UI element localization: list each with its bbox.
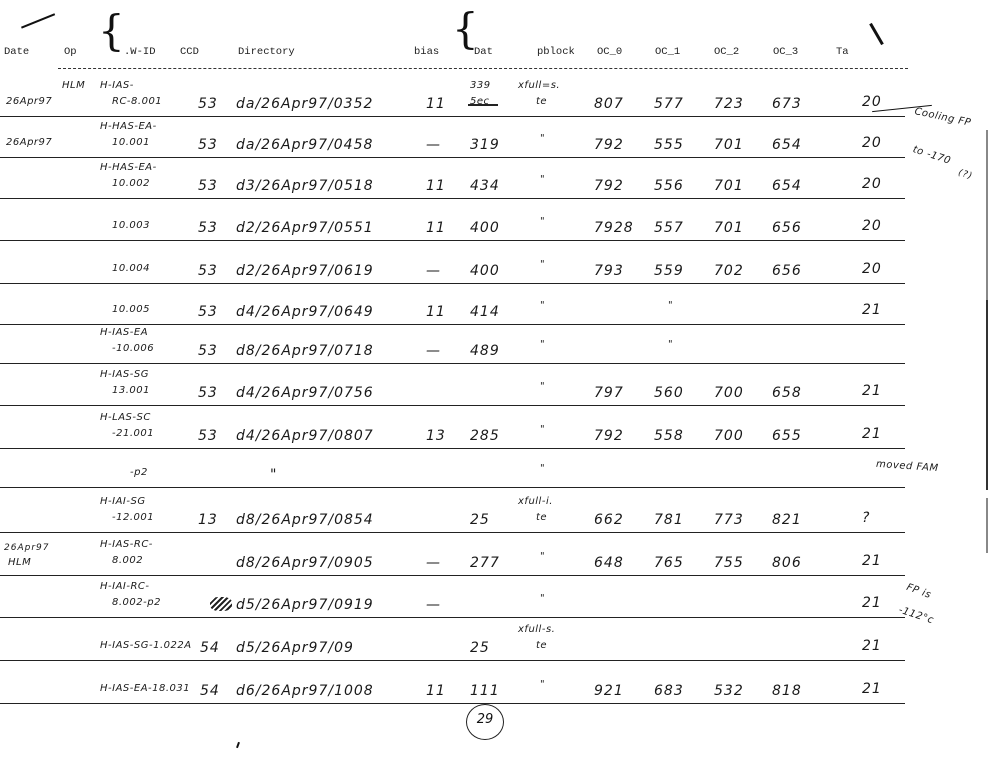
- dark-cell: 400: [470, 263, 500, 279]
- header-oc0: OC_0: [597, 46, 622, 58]
- page-number: 29: [467, 712, 503, 727]
- oc1-cell: ": [668, 339, 673, 350]
- oc2-cell: 701: [714, 178, 744, 194]
- ta-cell: 20: [862, 218, 882, 234]
- row-rule: [0, 240, 905, 241]
- oc0-cell: 648: [594, 555, 624, 571]
- scan-edge: [986, 300, 988, 490]
- oc1-cell: 577: [654, 96, 684, 112]
- row-rule: [0, 157, 905, 158]
- oc2-cell: 723: [714, 96, 744, 112]
- oc0-cell: 807: [594, 96, 624, 112]
- fp-temp: -112°c: [897, 605, 935, 627]
- dark-cell: 111: [470, 683, 500, 699]
- directory-cell: d8/26Apr97/0905: [236, 555, 374, 571]
- oc0-cell: 793: [594, 263, 624, 279]
- pen-stroke: [21, 13, 55, 28]
- directory-cell: d2/26Apr97/0551: [236, 220, 374, 236]
- oc1-cell: 560: [654, 385, 684, 401]
- bias-cell: 11: [426, 178, 446, 194]
- run-id-line2: H-IAS-SG-1.022A: [100, 640, 192, 651]
- oc2-cell: 700: [714, 428, 744, 444]
- pblock-cell: ": [540, 339, 545, 350]
- ccd-cell: 53: [198, 304, 218, 320]
- row-rule: [0, 575, 905, 576]
- ta-cell: 20: [862, 176, 882, 192]
- oc3-cell: 654: [772, 178, 802, 194]
- scan-edge: [986, 498, 988, 553]
- ccd-cell: 53: [198, 96, 218, 112]
- operator-cell: HLM: [62, 80, 85, 91]
- bias-cell: 11: [426, 304, 446, 320]
- row-rule: [0, 283, 905, 284]
- scan-edge: [986, 130, 988, 300]
- run-id-line2: -10.006: [112, 343, 154, 354]
- directory-cell: d4/26Apr97/0807: [236, 428, 374, 444]
- ta-cell: 21: [862, 302, 882, 318]
- row-rule: [0, 617, 905, 618]
- ccd-cell: 53: [198, 385, 218, 401]
- row-rule: [0, 405, 905, 406]
- dark-cell: 414: [470, 304, 500, 320]
- cooling-note: Cooling FP: [913, 106, 971, 129]
- run-id-line2: 10.002: [112, 178, 150, 189]
- bias-cell: 11: [426, 96, 446, 112]
- pblock-line2: te: [536, 512, 547, 523]
- oc2-cell: 755: [714, 555, 744, 571]
- header-dark: Dat: [474, 46, 493, 58]
- ta-cell: 21: [862, 426, 882, 442]
- pblock-line2: te: [536, 96, 547, 107]
- oc3-cell: 656: [772, 263, 802, 279]
- oc1-cell: 683: [654, 683, 684, 699]
- bias-cell: —: [426, 343, 441, 359]
- ta-cell: 20: [862, 135, 882, 151]
- brace-mark: {: [98, 10, 125, 52]
- ccd-cell: 53: [198, 428, 218, 444]
- header-rule: [58, 68, 908, 69]
- directory-cell: d4/26Apr97/0649: [236, 304, 374, 320]
- cooling-range: to -170: [911, 144, 952, 167]
- date-cell: 26Apr97: [6, 137, 52, 148]
- oc0-cell: 792: [594, 178, 624, 194]
- oc0-cell: 662: [594, 512, 624, 528]
- oc1-cell: 556: [654, 178, 684, 194]
- header-ta: Ta: [836, 46, 849, 58]
- row-rule: [0, 448, 905, 449]
- run-id-line1: H-IAS-: [100, 80, 134, 91]
- row-rule: [0, 324, 905, 325]
- bias-cell: 11: [426, 220, 446, 236]
- directory-cell: da/26Apr97/0352: [236, 96, 373, 112]
- run-id-line1: H-LAS-SC: [100, 412, 151, 423]
- pblock-line1: xfull-s.: [518, 624, 555, 635]
- pblock-cell: ": [540, 259, 545, 270]
- brace-mark: {: [452, 8, 479, 50]
- oc3-cell: 806: [772, 555, 802, 571]
- dark-cell: 285: [470, 428, 500, 444]
- ta-cell: 21: [862, 553, 882, 569]
- run-id-line2: 13.001: [112, 385, 150, 396]
- oc0-cell: 797: [594, 385, 624, 401]
- pblock-cell: ": [540, 133, 545, 144]
- row-rule: [0, 532, 905, 533]
- header-ccd: CCD: [180, 46, 199, 58]
- ccd-cell: 53: [198, 178, 218, 194]
- run-id-line1: H-HAS-EA-: [100, 162, 157, 173]
- oc2-cell: 701: [714, 137, 744, 153]
- directory-cell: d3/26Apr97/0518: [236, 178, 374, 194]
- moved-note: moved FAM: [876, 459, 939, 474]
- run-id-line2: 8.002: [112, 555, 143, 566]
- directory-cell: d5/26Apr97/0919: [236, 597, 374, 613]
- ccd-cell: 53: [198, 263, 218, 279]
- run-id-line1: H-IAS-SG: [100, 369, 149, 380]
- run-id-line2: 10.005: [112, 304, 150, 315]
- dark-cell: 434: [470, 178, 500, 194]
- ccd-cell: 13: [198, 512, 218, 528]
- run-id-line2: H-IAS-EA-18.031: [100, 683, 190, 694]
- pen-stroke: [869, 23, 884, 45]
- run-id-line1: H-IAS-RC-: [100, 539, 153, 550]
- header-directory: Directory: [238, 46, 295, 58]
- bias-cell: —: [426, 555, 441, 571]
- ta-cell: 21: [862, 681, 882, 697]
- oc0-cell: 7928: [594, 220, 634, 236]
- directory-cell: da/26Apr97/0458: [236, 137, 373, 153]
- oc3-cell: 655: [772, 428, 802, 444]
- bias-cell: —: [426, 263, 441, 279]
- fp-note: FP is: [905, 582, 933, 601]
- oc2-cell: 701: [714, 220, 744, 236]
- dark-cell: 25: [470, 512, 490, 528]
- header-date: Date: [4, 46, 29, 58]
- directory-cell: d6/26Apr97/1008: [236, 683, 374, 699]
- run-id-line1: H-HAS-EA-: [100, 121, 157, 132]
- ta-cell: 21: [862, 383, 882, 399]
- oc1-cell: 559: [654, 263, 684, 279]
- run-id-line1: H-IAS-EA: [100, 327, 148, 338]
- cooling-sub: (?): [957, 168, 974, 182]
- pblock-cell: ": [540, 381, 545, 392]
- oc0-cell: 792: [594, 428, 624, 444]
- run-id-line2: -12.001: [112, 512, 154, 523]
- header-bias: bias: [414, 46, 439, 58]
- directory-cell: d4/26Apr97/0756: [236, 385, 374, 401]
- log-page: { { Date Op .W-ID CCD Directory bias Dat…: [0, 0, 990, 764]
- operator-cell: HLM: [8, 557, 31, 568]
- oc1-cell: 555: [654, 137, 684, 153]
- ccd-cell: 54: [200, 640, 220, 656]
- ccd-cell: 54: [200, 683, 220, 699]
- ta-cell: 21: [862, 638, 882, 654]
- dark-cell: 277: [470, 555, 500, 571]
- bias-cell: —: [426, 597, 441, 613]
- directory-cell: d2/26Apr97/0619: [236, 263, 374, 279]
- run-id-line2: RC-8.001: [112, 96, 162, 107]
- oc1-cell: 781: [654, 512, 684, 528]
- run-id-line2: 10.001: [112, 137, 150, 148]
- dark-cell: 400: [470, 220, 500, 236]
- date-cell: 26Apr97: [4, 543, 49, 553]
- oc3-cell: 656: [772, 220, 802, 236]
- ccd-cell: 53: [198, 137, 218, 153]
- run-id-line2: 8.002-p2: [112, 597, 161, 608]
- pblock-line1: xfull-i.: [518, 496, 553, 507]
- oc2-cell: 702: [714, 263, 744, 279]
- bias-cell: 11: [426, 683, 446, 699]
- run-id-line1: H-IAI-SG: [100, 496, 146, 507]
- oc1-cell: 558: [654, 428, 684, 444]
- row-rule: [0, 703, 905, 704]
- directory-cell: ": [270, 467, 277, 483]
- ta-cell: 20: [862, 94, 882, 110]
- row-rule: [0, 660, 905, 661]
- scribble-mark: [210, 597, 232, 611]
- oc2-cell: 532: [714, 683, 744, 699]
- run-id-line2: -p2: [130, 467, 148, 478]
- ta-cell: 20: [862, 261, 882, 277]
- directory-cell: d5/26Apr97/09: [236, 640, 354, 656]
- run-id-line1: H-IAI-RC-: [100, 581, 150, 592]
- pblock-cell: ": [540, 463, 545, 474]
- oc3-cell: 821: [772, 512, 802, 528]
- directory-cell: d8/26Apr97/0854: [236, 512, 374, 528]
- pblock-cell: ": [540, 593, 545, 604]
- oc1-cell: 557: [654, 220, 684, 236]
- header-oc2: OC_2: [714, 46, 739, 58]
- page-number-circle: 29: [466, 704, 504, 740]
- pblock-line2: te: [536, 640, 547, 651]
- pblock-cell: ": [540, 216, 545, 227]
- header-op: Op: [64, 46, 77, 58]
- dark-cell: 319: [470, 137, 500, 153]
- pblock-cell: ": [540, 424, 545, 435]
- pblock-cell: ": [540, 174, 545, 185]
- strikethrough: [468, 104, 498, 106]
- oc3-cell: 654: [772, 137, 802, 153]
- row-rule: [0, 487, 905, 488]
- oc0-cell: 921: [594, 683, 624, 699]
- header-oc3: OC_3: [773, 46, 798, 58]
- date-cell: 26Apr97: [6, 96, 52, 107]
- stray-mark: [236, 742, 240, 748]
- oc2-cell: 773: [714, 512, 744, 528]
- header-pblock: pblock: [537, 46, 575, 58]
- row-rule: [0, 363, 905, 364]
- row-rule: [0, 198, 905, 199]
- pblock-cell: ": [540, 679, 545, 690]
- pblock-line1: xfull=s.: [518, 80, 560, 91]
- header-oc1: OC_1: [655, 46, 680, 58]
- dark-cell: 25: [470, 640, 490, 656]
- oc2-cell: 700: [714, 385, 744, 401]
- ta-cell: 21: [862, 595, 882, 611]
- oc1-cell: 765: [654, 555, 684, 571]
- directory-cell: d8/26Apr97/0718: [236, 343, 374, 359]
- bias-cell: 13: [426, 428, 446, 444]
- ccd-cell: 53: [198, 343, 218, 359]
- header-rwid: .W-ID: [124, 46, 156, 58]
- dark-cell: 339: [470, 80, 491, 91]
- run-id-line2: 10.004: [112, 263, 150, 274]
- ta-cell: ?: [862, 510, 870, 526]
- oc1-cell: ": [668, 300, 673, 311]
- oc0-cell: 792: [594, 137, 624, 153]
- run-id-line2: -21.001: [112, 428, 154, 439]
- row-rule: [0, 116, 905, 117]
- oc3-cell: 818: [772, 683, 802, 699]
- bias-cell: —: [426, 137, 441, 153]
- run-id-line2: 10.003: [112, 220, 150, 231]
- pblock-cell: ": [540, 300, 545, 311]
- ccd-cell: 53: [198, 220, 218, 236]
- dark-cell: 489: [470, 343, 500, 359]
- oc3-cell: 658: [772, 385, 802, 401]
- pblock-cell: ": [540, 551, 545, 562]
- oc3-cell: 673: [772, 96, 802, 112]
